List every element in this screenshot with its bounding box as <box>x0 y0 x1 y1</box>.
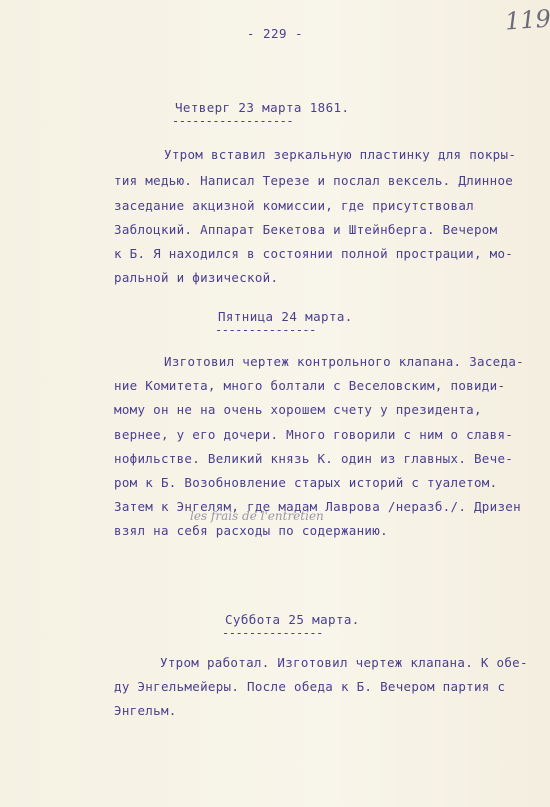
heading-underline: --------------- <box>215 323 316 337</box>
text-line: нофильстве. Великий князь К. один из гла… <box>114 451 513 466</box>
text-line: Утром вставил зеркальную пластинку для п… <box>164 147 516 162</box>
entry-heading: Четверг 23 марта 1861. <box>175 100 349 115</box>
heading-underline: ------------------ <box>172 114 293 128</box>
page-number: - 229 - <box>0 26 550 41</box>
heading-underline: --------------- <box>222 626 323 640</box>
text-line: заседание акцизной комиссии, где присутс… <box>114 198 474 213</box>
text-line: Утром работал. Изготовил чертеж клапана.… <box>160 655 528 670</box>
text-line: ром к Б. Возобновление старых историй с … <box>114 475 497 490</box>
text-line: ду Энгельмейеры. После обеда к Б. Вечеро… <box>114 679 505 694</box>
handwritten-annotation: les frais de l'entretien <box>190 509 324 523</box>
text-line: к Б. Я находился в состоянии полной прос… <box>114 246 513 261</box>
text-line: Изготовил чертеж контрольного клапана. З… <box>164 354 524 369</box>
archive-folio-number: 119 <box>504 4 550 35</box>
text-line: Заблоцкий. Аппарат Бекетова и Штейнберга… <box>114 222 497 237</box>
text-line: Энгельм. <box>114 703 177 718</box>
text-line: взял на себя расходы по содержанию. <box>114 523 388 538</box>
text-line: ние Комитета, много болтали с Веселовски… <box>114 378 505 393</box>
text-line: вернее, у его дочери. Много говорили с н… <box>114 427 513 442</box>
text-line: тия медью. Написал Терезе и послал вексе… <box>114 173 513 188</box>
text-line: мому он не на очень хорошем счету у през… <box>114 402 482 417</box>
entry-heading: Суббота 25 марта. <box>225 612 360 627</box>
entry-heading: Пятница 24 марта. <box>218 309 353 324</box>
text-line: ральной и физической. <box>114 270 278 285</box>
typewritten-page: - 229 - 119 Четверг 23 марта 1861. -----… <box>0 0 550 807</box>
